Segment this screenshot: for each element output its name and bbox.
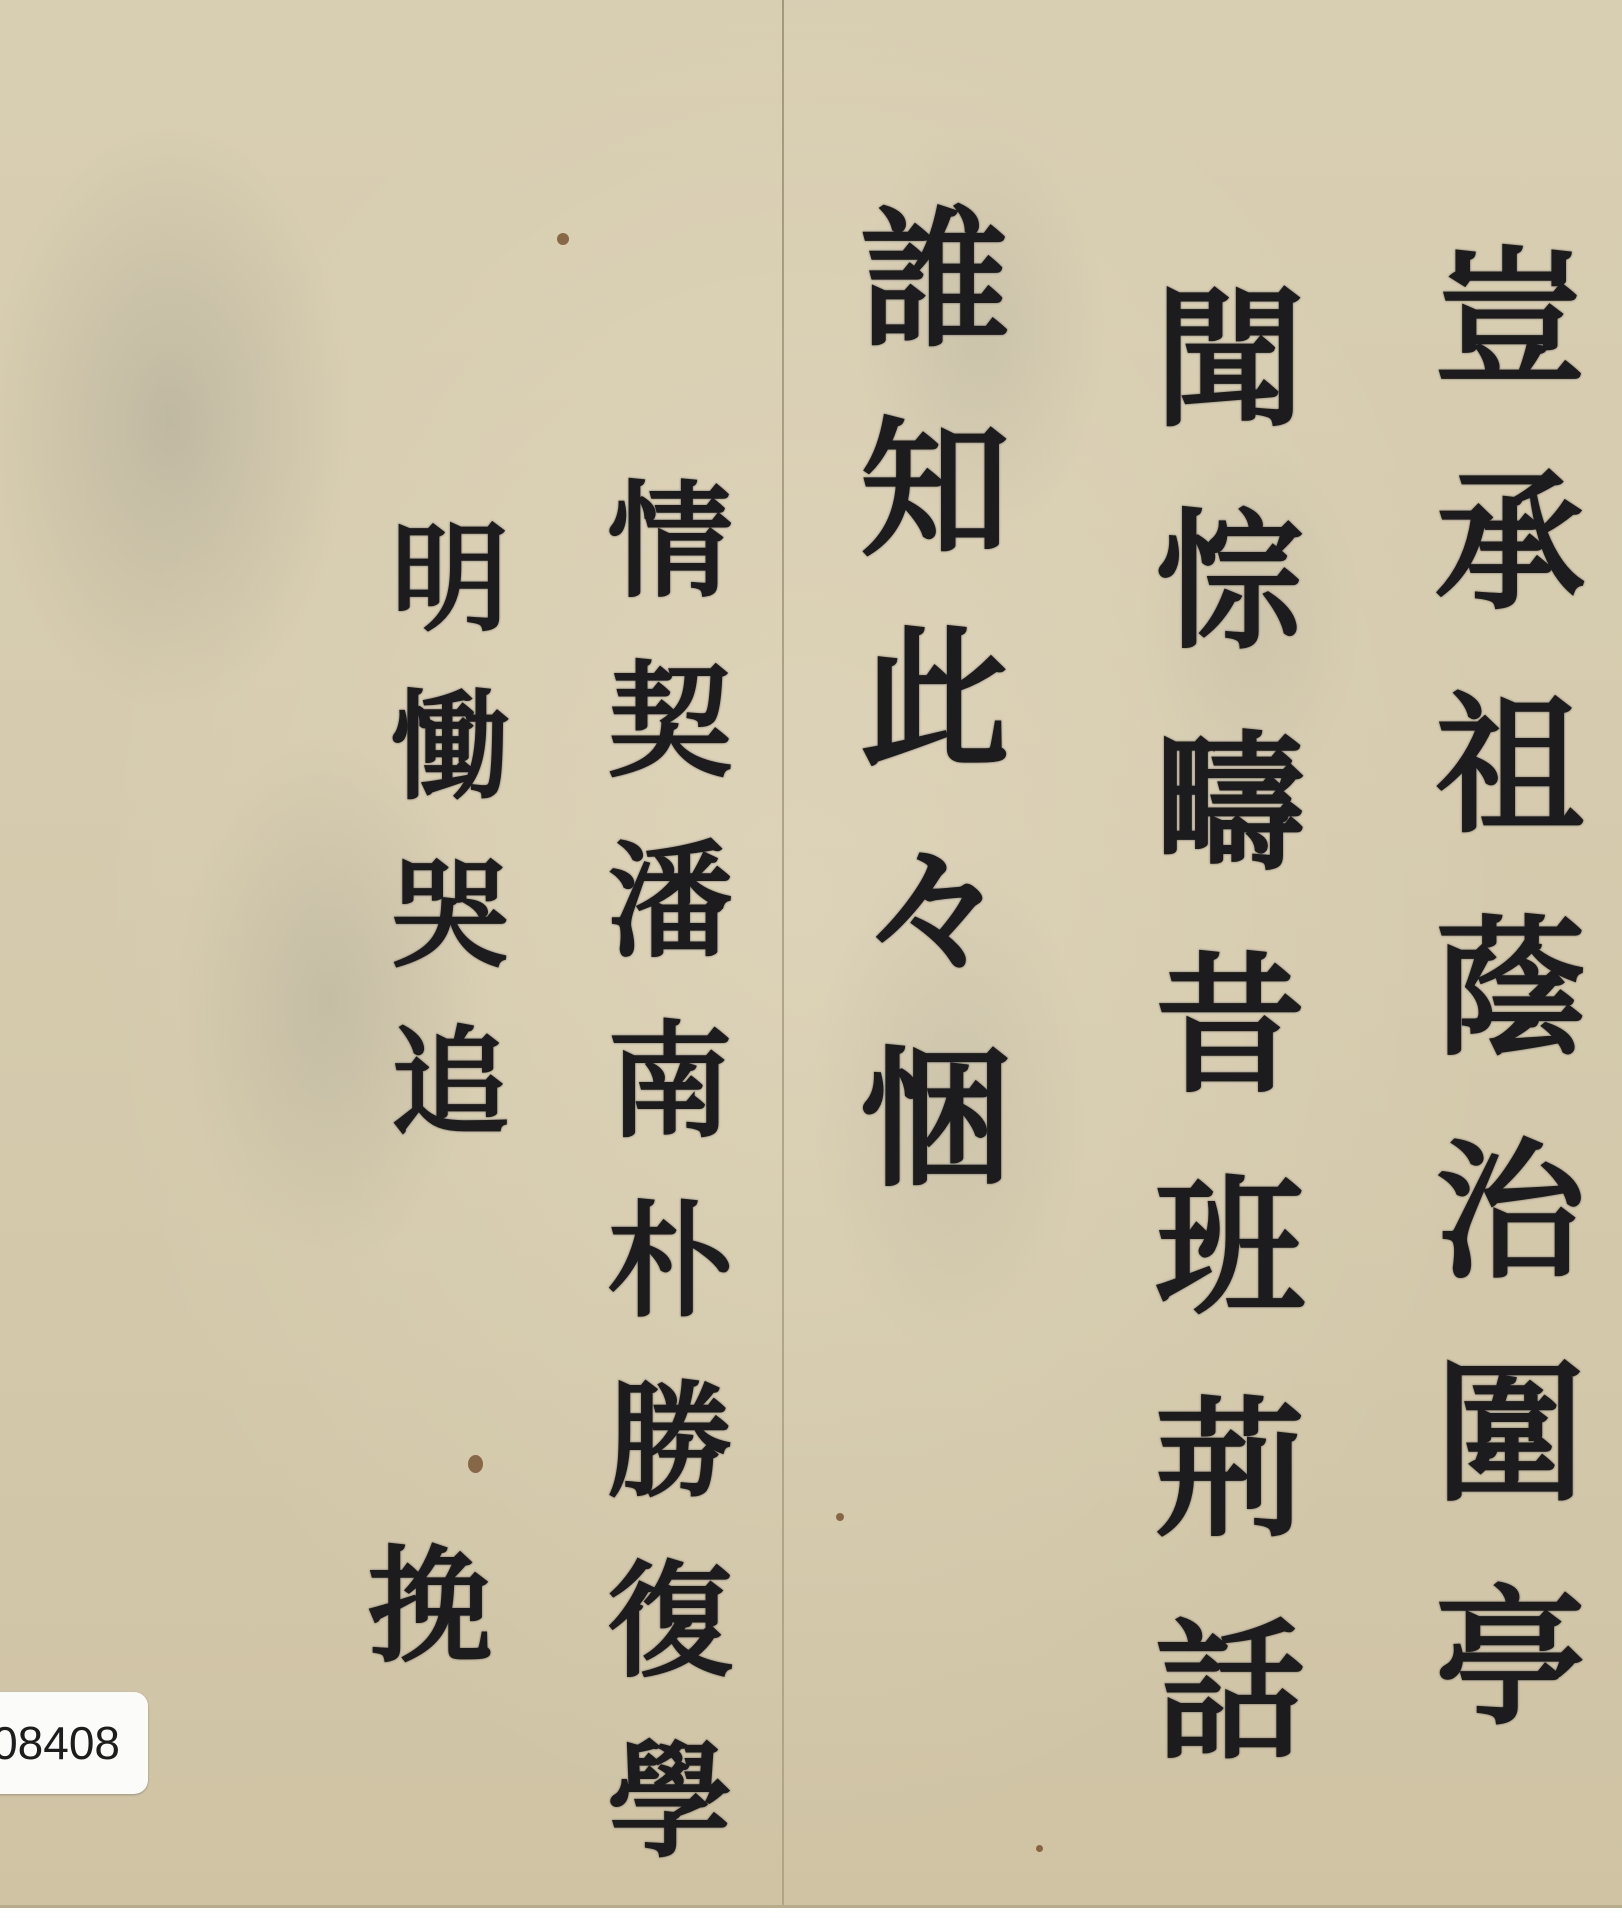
- text-column-5: 明 慟 哭 追: [375, 520, 525, 1192]
- character: 哭: [391, 856, 509, 1024]
- character: 悃: [860, 1045, 1010, 1255]
- repetition-mark: 々: [860, 835, 1010, 1045]
- character: 追: [391, 1024, 509, 1192]
- character: 慟: [391, 688, 509, 856]
- character: 情: [608, 480, 733, 660]
- foxing-spot: [1036, 1845, 1043, 1852]
- character: 挽: [368, 1545, 493, 1685]
- paper-fold-line: [782, 0, 784, 1905]
- character: 此: [860, 625, 1010, 835]
- character: 學: [608, 1740, 733, 1920]
- text-column-1: 豈 承 祖 蔭 治 圍 亭: [1415, 245, 1605, 1806]
- text-column-2: 聞 悰 疇 昔 班 荊 話: [1135, 285, 1325, 1839]
- character: 荊: [1155, 1395, 1305, 1617]
- character: 聞: [1155, 285, 1305, 507]
- character: 治: [1435, 1137, 1585, 1360]
- manuscript-paper: [0, 0, 1622, 1908]
- foxing-spot: [836, 1513, 844, 1521]
- character: 南: [608, 1020, 733, 1200]
- character: 祖: [1435, 691, 1585, 914]
- character: 朴: [608, 1200, 733, 1380]
- catalog-number-label: 08408: [0, 1692, 148, 1794]
- character: 復: [608, 1560, 733, 1740]
- character: 勝: [608, 1380, 733, 1560]
- character: 豈: [1435, 245, 1585, 468]
- text-column-4: 情 契 潘 南 朴 勝 復 學: [590, 480, 750, 1920]
- text-column-3: 誰 知 此 々 悃: [840, 205, 1030, 1255]
- character: 明: [391, 520, 509, 688]
- character: 誰: [860, 205, 1010, 415]
- character: 疇: [1155, 729, 1305, 951]
- character: 契: [608, 660, 733, 840]
- catalog-number: 08408: [0, 1716, 120, 1770]
- character: 昔: [1155, 951, 1305, 1173]
- foxing-spot: [557, 233, 569, 245]
- character: 亭: [1435, 1583, 1585, 1806]
- character: 圍: [1435, 1360, 1585, 1583]
- character: 悰: [1155, 507, 1305, 729]
- character: 班: [1155, 1173, 1305, 1395]
- character: 潘: [608, 840, 733, 1020]
- character: 承: [1435, 468, 1585, 691]
- signature-mark: 挽: [345, 1545, 515, 1685]
- foxing-spot: [468, 1455, 483, 1473]
- character: 蔭: [1435, 914, 1585, 1137]
- character: 知: [860, 415, 1010, 625]
- character: 話: [1155, 1617, 1305, 1839]
